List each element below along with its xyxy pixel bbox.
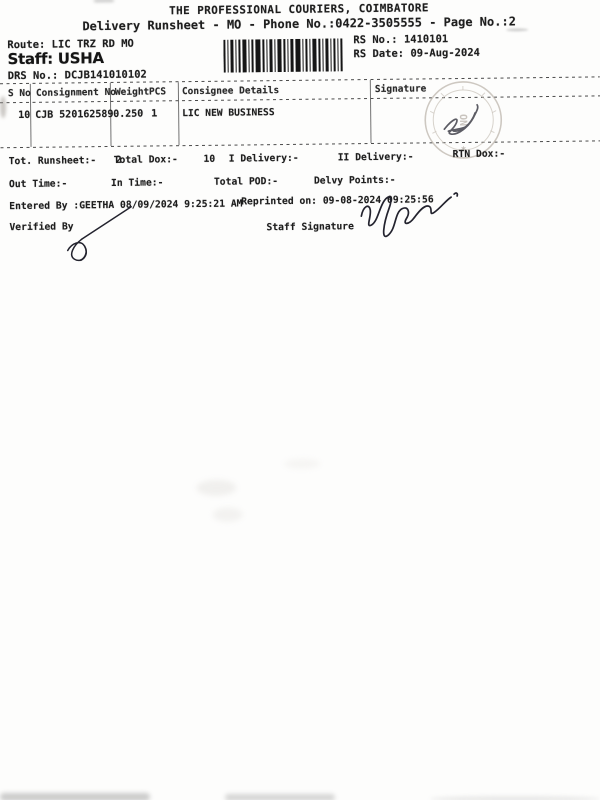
- rs-no-line: RS No.: 1410101: [353, 33, 448, 46]
- verified-by-signature: [43, 203, 139, 266]
- in-time-label: In Time:-: [111, 177, 164, 189]
- tot-runsheet-label: Tot. Runsheet:-: [9, 155, 97, 167]
- scan-edge-shadow: [0, 793, 150, 800]
- col-header-consignment: Consignment No: [36, 87, 116, 99]
- staff-line: Staff: USHA: [7, 49, 103, 68]
- col-header-pcs: PCS: [149, 86, 166, 97]
- drs-label: DRS No.:: [8, 70, 59, 83]
- drs-line: DRS No.: DCJB141010102: [8, 69, 147, 83]
- scan-artifact: [196, 480, 236, 496]
- table-row-pcs: 1: [151, 108, 157, 119]
- rs-no-value: 1410101: [404, 33, 448, 46]
- table-row-consignee: LIC NEW BUSINESS: [182, 107, 275, 119]
- out-time-label: Out Time:-: [9, 178, 67, 190]
- total-pod-label: Total POD:-: [214, 176, 278, 188]
- scan-artifact: [0, 96, 6, 118]
- scan-artifact: [284, 459, 320, 469]
- col-header-weight: Weight: [115, 87, 149, 98]
- ii-delivery-label: II Delivery:-: [338, 152, 414, 164]
- scan-artifact: [506, 28, 528, 31]
- staff-value: USHA: [58, 49, 104, 68]
- rs-no-label: RS No.:: [353, 34, 397, 47]
- col-header-consignee: Consignee Details: [182, 85, 279, 97]
- i-delivery-label: I Delivery:-: [229, 153, 299, 165]
- staff-signature: [349, 181, 465, 244]
- table-col-divider: [178, 82, 180, 145]
- scan-artifact: [213, 508, 243, 522]
- table-bottom-rule: [1, 140, 600, 148]
- total-dox-label: Total Dox:-: [114, 154, 178, 166]
- staff-label: Staff:: [7, 50, 53, 69]
- col-header-sno: S No: [8, 88, 31, 99]
- document-content: THE PROFESSIONAL COURIERS, COIMBATORE De…: [0, 0, 600, 800]
- scanned-delivery-runsheet: THE PROFESSIONAL COURIERS, COIMBATORE De…: [0, 0, 600, 800]
- barcode-icon: [223, 38, 343, 72]
- total-dox-value: 10: [203, 154, 215, 165]
- total-dox: Total Dox:- 10: [114, 154, 216, 166]
- table-row-sno: 10: [18, 110, 30, 121]
- scan-artifact: [94, 0, 114, 2]
- table-col-divider: [370, 80, 372, 143]
- tot-runsheet: Tot. Runsheet:- 2: [9, 155, 122, 167]
- staff-signature-label: Staff Signature: [266, 221, 354, 233]
- rs-date-value: 09-Aug-2024: [410, 47, 480, 60]
- rtn-dox-label: RTN Dox:-: [453, 149, 506, 161]
- rs-date-line: RS Date: 09-Aug-2024: [353, 47, 480, 60]
- table-row-consignment: CJB 520162589: [35, 109, 113, 121]
- rs-date-label: RS Date:: [353, 48, 404, 61]
- table-row-weight: 0.250: [113, 109, 143, 120]
- scan-edge-shadow: [225, 794, 335, 800]
- scan-edge-shadow: [430, 796, 600, 800]
- drs-value: DCJB141010102: [65, 69, 147, 82]
